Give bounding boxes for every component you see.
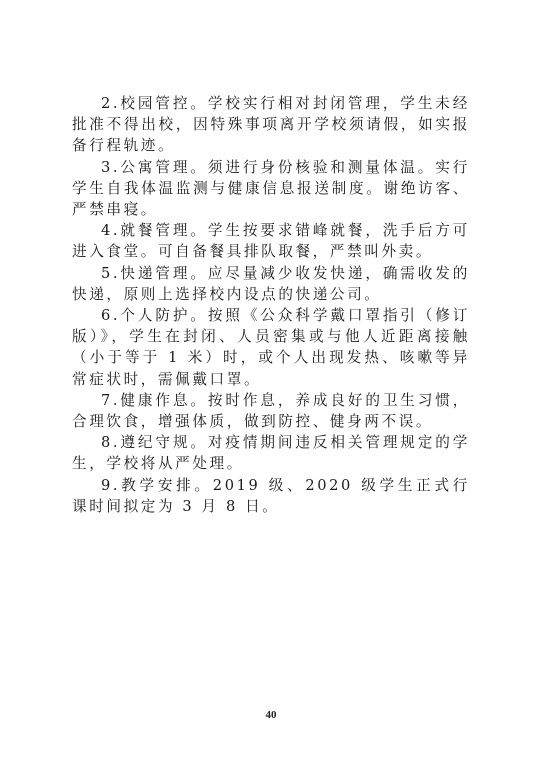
paragraph-personal-protection: 6.个人防护。按照《公众科学戴口罩指引（修订版）》，学生在封闭、人员密集或与他人… [72, 305, 470, 390]
paragraph-healthy-routine: 7.健康作息。按时作息，养成良好的卫生习惯，合理饮食，增强体质，做到防控、健身两… [72, 390, 470, 432]
paragraph-dining-management: 4.就餐管理。学生按要求错峰就餐，洗手后方可进入食堂。可自备餐具排队取餐，严禁叫… [72, 220, 470, 262]
paragraph-teaching-schedule: 9.教学安排。2019 级、2020 级学生正式行课时间拟定为 3 月 8 日。 [72, 475, 470, 517]
paragraph-dormitory-management: 3.公寓管理。须进行身份核验和测量体温。实行学生自我体温监测与健康信息报送制度。… [72, 157, 470, 221]
document-page: 2.校园管控。学校实行相对封闭管理，学生未经批准不得出校，因特殊事项离开学校须请… [0, 0, 542, 768]
paragraph-discipline: 8.遵纪守规。对疫情期间违反相关管理规定的学生，学校将从严处理。 [72, 432, 470, 474]
paragraph-campus-control: 2.校园管控。学校实行相对封闭管理，学生未经批准不得出校，因特殊事项离开学校须请… [72, 93, 470, 157]
page-number: 40 [0, 709, 542, 721]
document-body: 2.校园管控。学校实行相对封闭管理，学生未经批准不得出校，因特殊事项离开学校须请… [72, 93, 470, 517]
paragraph-express-delivery: 5.快递管理。应尽量减少收发快递，确需收发的快递，原则上选择校内设点的快递公司。 [72, 263, 470, 305]
